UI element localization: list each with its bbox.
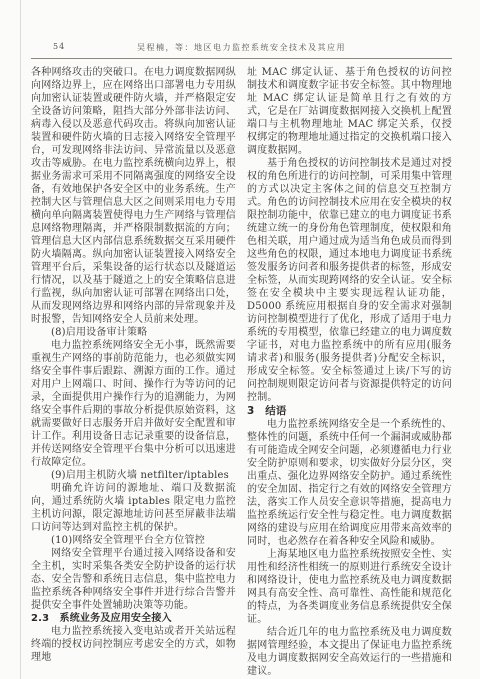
right-column: 址 MAC 绑定认证、基于角色授权的访问控制技术和调度数字证书安全标签。其中物理… bbox=[247, 66, 452, 678]
list-item-9-title: (9)启用主机防火墙 netfilter/iptables bbox=[31, 469, 236, 482]
section-heading-2-3: 2.3 系统业务及应用安全接入 bbox=[31, 612, 236, 625]
list-item-8-title: (8)启用设备审计策略 bbox=[31, 326, 236, 339]
text-columns: 各种网络攻击的突破口。在电力调度数据网纵向网络边界上，应在网络出口部署电力专用纵… bbox=[31, 66, 452, 678]
header-rule bbox=[31, 58, 452, 59]
paragraph: 网络安全管理平台通过接入网络设备和安全主机，实时采集各类安全防护设备的运行状态、… bbox=[31, 547, 236, 612]
paragraph: 各种网络攻击的突破口。在电力调度数据网纵向网络边界上，应在网络出口部署电力专用纵… bbox=[31, 66, 236, 326]
paragraph: 基于角色授权的访问控制技术是通过对授权的角色所进行的访问控制，可采用集中管理的方… bbox=[247, 157, 452, 404]
paragraph: 明确允许访问的源地址、端口及数据流向，通过系统防火墙 iptables 限定电力… bbox=[31, 482, 236, 534]
paragraph: 址 MAC 绑定认证、基于角色授权的访问控制技术和调度数字证书安全标签。其中物理… bbox=[247, 66, 452, 157]
paragraph: 电力监控系统网络安全无小事，既然需要重视生产网络的事前防范能力，也必须做实网络安… bbox=[31, 339, 236, 469]
left-column: 各种网络攻击的突破口。在电力调度数据网纵向网络边界上，应在网络出口部署电力专用纵… bbox=[31, 66, 236, 678]
paragraph: 电力监控系统接入变电站或者开关站远程终端的授权访问控制应考虑安全的方式，如物理地 bbox=[31, 625, 236, 664]
page-number: 54 bbox=[53, 42, 65, 51]
paper-page: 54 吴程楠，等：地区电力监控系统安全技术及其应用 各种网络攻击的突破口。在电力… bbox=[0, 0, 480, 679]
running-title: 吴程楠，等：地区电力监控系统安全技术及其应用 bbox=[31, 42, 452, 53]
paragraph: 结合近几年的电力监控系统及电力调度数据网管理经验，本文提出了保证电力监控系统及电… bbox=[247, 626, 452, 678]
paragraph: 上海某地区电力监控系统按照安全性、实用性和经济性相统一的原则进行系统安全设计和网… bbox=[247, 548, 452, 626]
section-heading-3: 3 结语 bbox=[247, 404, 452, 418]
page-header: 54 吴程楠，等：地区电力监控系统安全技术及其应用 bbox=[31, 42, 452, 54]
scan-edge-line bbox=[20, 0, 21, 679]
list-item-10-title: (10)网络安全管理平台全方位管控 bbox=[31, 534, 236, 547]
paragraph: 电力监控系统网络安全是一个系统性的、整体性的问题，系统中任何一个漏洞或威胁都有可… bbox=[247, 418, 452, 548]
